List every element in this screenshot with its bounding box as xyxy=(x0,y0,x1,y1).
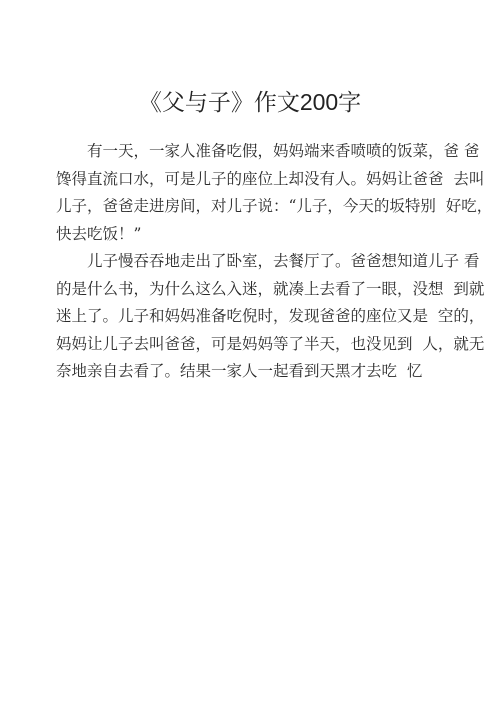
paragraph-line: 有一天，一家人准备吃假，妈妈端来香喷喷的饭菜，爸 爸 xyxy=(56,138,456,166)
document-body: 有一天，一家人准备吃假，妈妈端来香喷喷的饭菜，爸 爸 馋得直流口水，可是儿子的座… xyxy=(56,138,456,386)
document-page: 《父与子》作文200字 有一天，一家人准备吃假，妈妈端来香喷喷的饭菜，爸 爸 馋… xyxy=(0,0,500,707)
paragraph-line: 奈地亲自去看了。结果一家人一起看到天黑才去吃 忆 xyxy=(56,358,456,386)
paragraph-line: 迷上了。儿子和妈妈准备吃倪时，发现爸爸的座位又是 空的， xyxy=(56,303,456,331)
paragraph-line: 的是什么书，为什么这么入迷，就凑上去看了一眼，没想 到就 xyxy=(56,276,456,304)
paragraph-1: 有一天，一家人准备吃假，妈妈端来香喷喷的饭菜，爸 爸 馋得直流口水，可是儿子的座… xyxy=(56,138,456,248)
paragraph-line: 儿子慢吞吞地走出了卧室，去餐厅了。爸爸想知道儿子 看 xyxy=(56,248,456,276)
paragraph-line: 馋得直流口水，可是儿子的座位上却没有人。妈妈让爸爸 去叫 xyxy=(56,166,456,194)
paragraph-line: 儿子，爸爸走进房间，对儿子说：“儿子，今天的坂特别 好吃， xyxy=(56,193,456,221)
document-title: 《父与子》作文200字 xyxy=(0,84,500,117)
paragraph-line: 妈妈让儿子去叫爸爸，可是妈妈等了半天，也没见到 人，就无 xyxy=(56,331,456,359)
paragraph-2: 儿子慢吞吞地走出了卧室，去餐厅了。爸爸想知道儿子 看 的是什么书，为什么这么入迷… xyxy=(56,248,456,386)
paragraph-line: 快去吃饭！” xyxy=(56,221,456,249)
